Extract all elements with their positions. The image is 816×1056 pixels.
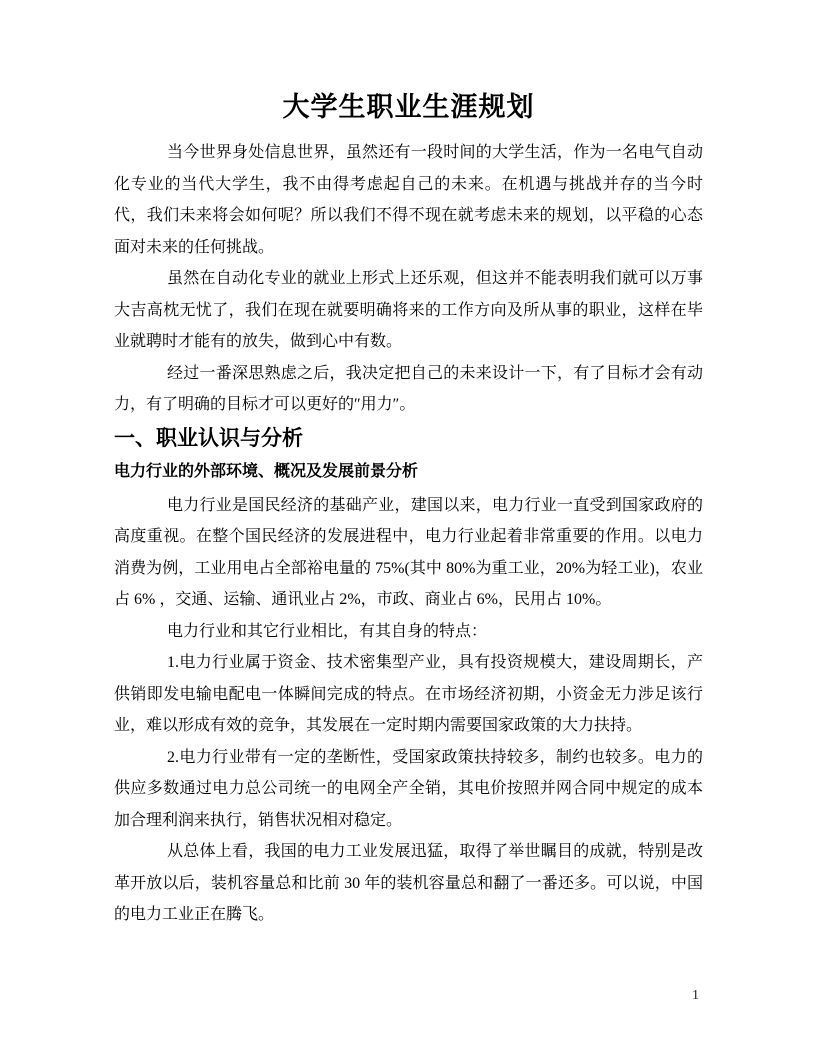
section-1-paragraph-3: 1.电力行业属于资金、技术密集型产业，具有投资规模大，建设周期长，产供销即发电输… [114, 647, 703, 742]
document-title: 大学生职业生涯规划 [114, 0, 703, 126]
section-1-paragraph-4: 2.电力行业带有一定的垄断性，受国家政策扶持较多，制约也较多。电力的供应多数通过… [114, 742, 703, 837]
page-number: 1 [692, 987, 699, 1005]
intro-paragraph-2: 虽然在自动化专业的就业上形式上还乐观，但这并不能表明我们就可以万事大吉高枕无忧了… [114, 263, 703, 358]
document-page: 大学生职业生涯规划 当今世界身处信息世界，虽然还有一段时间的大学生活，作为一名电… [0, 0, 816, 1056]
section-1-paragraph-1: 电力行业是国民经济的基础产业，建国以来，电力行业一直受到国家政府的高度重视。在整… [114, 490, 703, 616]
section-1-paragraph-5: 从总体上看，我国的电力工业发展迅猛，取得了举世瞩目的成就，特别是改革开放以后，装… [114, 836, 703, 931]
section-1-heading: 一、职业认识与分析 [114, 424, 703, 454]
intro-paragraph-1: 当今世界身处信息世界，虽然还有一段时间的大学生活，作为一名电气自动化专业的当代大… [114, 137, 703, 263]
intro-paragraph-3: 经过一番深思熟虑之后，我决定把自己的未来设计一下，有了目标才会有动力，有了明确的… [114, 358, 703, 421]
section-1-paragraph-2: 电力行业和其它行业相比，有其自身的特点： [114, 616, 703, 648]
section-1-subheading: 电力行业的外部环境、概况及发展前景分析 [114, 459, 703, 485]
